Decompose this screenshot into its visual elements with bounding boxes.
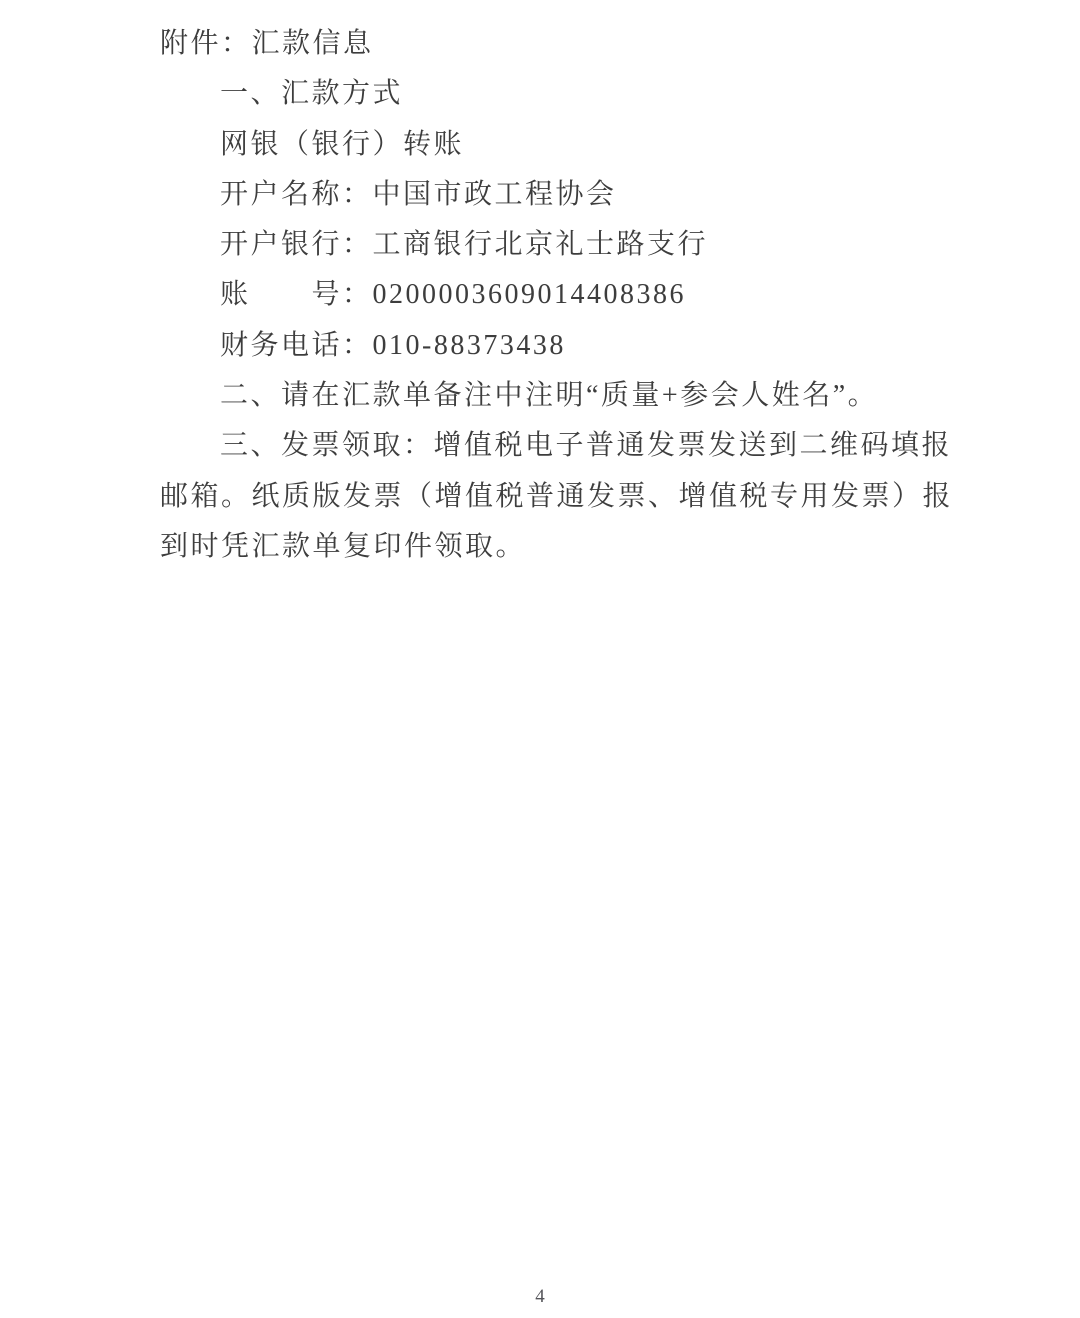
- doc-line: 账 号：0200003609014408386: [160, 270, 952, 320]
- doc-line: 到时凭汇款单复印件领取。: [160, 522, 952, 572]
- attachment-title: 附件：汇款信息: [160, 19, 952, 69]
- remittance-info-section: 附件：汇款信息 一、汇款方式网银（银行）转账开户名称：中国市政工程协会开户银行：…: [160, 19, 952, 572]
- doc-line: 财务电话：010-88373438: [160, 321, 952, 371]
- doc-lines: 一、汇款方式网银（银行）转账开户名称：中国市政工程协会开户银行：工商银行北京礼士…: [160, 69, 952, 572]
- doc-line: 网银（银行）转账: [160, 120, 952, 170]
- page-number: 4: [0, 1286, 1080, 1308]
- doc-line: 二、请在汇款单备注中注明“质量+参会人姓名”。: [160, 371, 952, 421]
- doc-line: 三、发票领取：增值税电子普通发票发送到二维码填报: [160, 421, 952, 471]
- doc-line: 开户银行：工商银行北京礼士路支行: [160, 220, 952, 270]
- document-page: 附件：汇款信息 一、汇款方式网银（银行）转账开户名称：中国市政工程协会开户银行：…: [0, 0, 1080, 1318]
- doc-line: 邮箱。纸质版发票（增值税普通发票、增值税专用发票）报: [160, 472, 952, 522]
- doc-line: 开户名称：中国市政工程协会: [160, 170, 952, 220]
- doc-line: 一、汇款方式: [160, 69, 952, 119]
